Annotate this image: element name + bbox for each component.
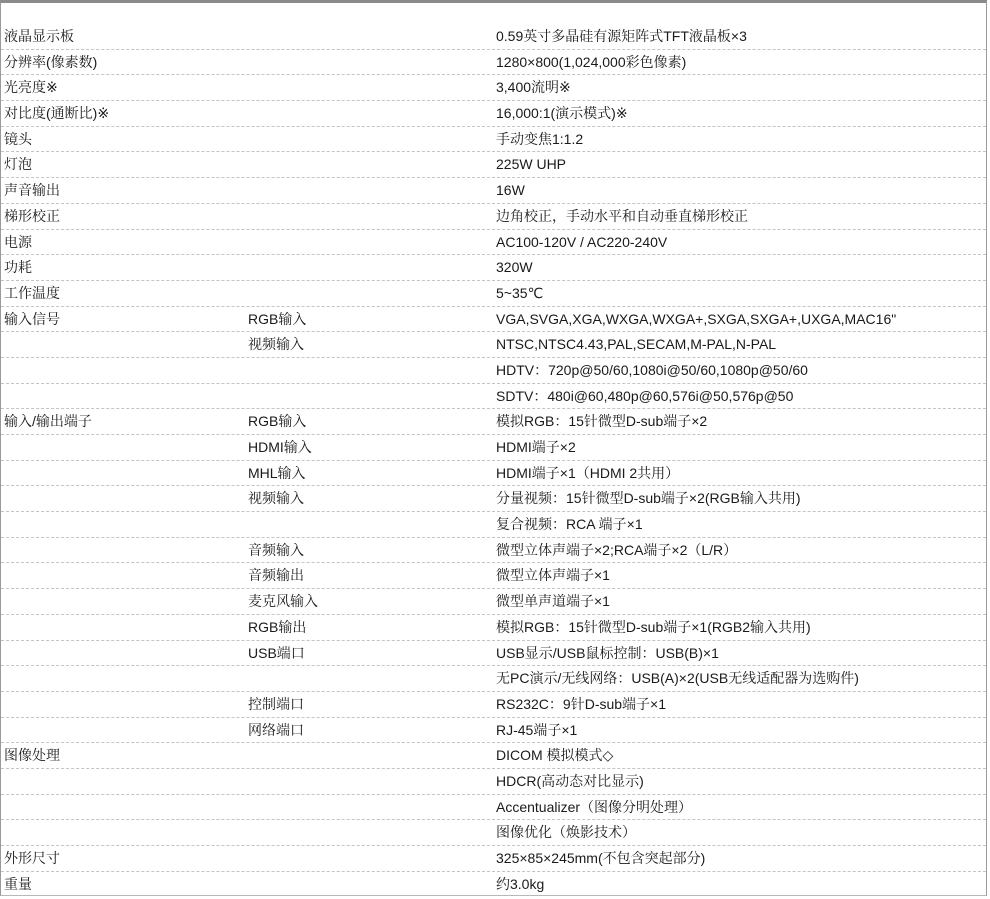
table-row: 输入信号RGB输入VGA,SVGA,XGA,WXGA,WXGA+,SXGA,SX… [1, 307, 986, 333]
row-sublabel: RGB输入 [248, 409, 306, 434]
row-value: 复合视频：RCA 端子×1 [496, 512, 643, 537]
table-row: MHL输入HDMI端子×1（HDMI 2共用） [1, 461, 986, 487]
table-row: 视频输入NTSC,NTSC4.43,PAL,SECAM,M-PAL,N-PAL [1, 332, 986, 358]
table-row: 麦克风输入微型单声道端子×1 [1, 589, 986, 615]
table-row: 灯泡225W UHP [1, 152, 986, 178]
table-row: 无PC演示/无线网络：USB(A)×2(USB无线适配器为选购件) [1, 666, 986, 692]
table-row: USB端口USB显示/USB鼠标控制：USB(B)×1 [1, 641, 986, 667]
row-value: HDTV：720p@50/60,1080i@50/60,1080p@50/60 [496, 358, 808, 383]
row-sublabel: HDMI输入 [248, 435, 312, 460]
table-row: 外形尺寸325×85×245mm(不包含突起部分) [1, 846, 986, 872]
row-label: 梯形校正 [4, 204, 60, 229]
table-row: 功耗320W [1, 255, 986, 281]
row-value: VGA,SVGA,XGA,WXGA,WXGA+,SXGA,SXGA+,UXGA,… [496, 307, 896, 332]
row-label: 外形尺寸 [4, 846, 60, 871]
row-value: 微型立体声端子×1 [496, 563, 610, 588]
row-label: 输入信号 [4, 307, 60, 332]
table-row: HDTV：720p@50/60,1080i@50/60,1080p@50/60 [1, 358, 986, 384]
table-row: 图像处理DICOM 模拟模式◇ [1, 743, 986, 769]
row-value: 325×85×245mm(不包含突起部分) [496, 846, 705, 871]
row-sublabel: 网络端口 [248, 718, 304, 743]
table-row: SDTV：480i@60,480p@60,576i@50,576p@50 [1, 384, 986, 410]
row-sublabel: 视频输入 [248, 486, 304, 511]
table-row: 对比度(通断比)※16,000:1(演示模式)※ [1, 101, 986, 127]
row-value: 0.59英寸多晶硅有源矩阵式TFT液晶板×3 [496, 24, 747, 49]
row-value: 320W [496, 255, 533, 280]
row-label: 功耗 [4, 255, 32, 280]
spec-table: 液晶显示板0.59英寸多晶硅有源矩阵式TFT液晶板×3 分辨率(像素数)1280… [1, 24, 986, 897]
row-value: 16W [496, 178, 525, 203]
row-value: DICOM 模拟模式◇ [496, 743, 613, 768]
row-value: AC100-120V / AC220-240V [496, 230, 667, 255]
table-row: 控制端口RS232C：9针D-sub端子×1 [1, 692, 986, 718]
row-label: 声音输出 [4, 178, 60, 203]
table-row: 梯形校正边角校正，手动水平和自动垂直梯形校正 [1, 204, 986, 230]
row-label: 光亮度※ [4, 75, 58, 100]
row-value: 16,000:1(演示模式)※ [496, 101, 628, 126]
row-value: USB显示/USB鼠标控制：USB(B)×1 [496, 641, 719, 666]
row-value: 手动变焦1:1.2 [496, 127, 583, 152]
table-row: 电源AC100-120V / AC220-240V [1, 230, 986, 256]
row-value: 图像优化（焕影技术） [496, 820, 636, 845]
table-row: 光亮度※3,400流明※ [1, 75, 986, 101]
table-row: HDMI输入HDMI端子×2 [1, 435, 986, 461]
row-value: 约3.0kg [496, 872, 544, 898]
table-row: 分辨率(像素数)1280×800(1,024,000彩色像素) [1, 50, 986, 76]
row-label: 工作温度 [4, 281, 60, 306]
row-label: 镜头 [4, 127, 32, 152]
table-row: 网络端口RJ-45端子×1 [1, 718, 986, 744]
row-label: 液晶显示板 [4, 24, 74, 49]
table-row: 图像优化（焕影技术） [1, 820, 986, 846]
table-row: 音频输入微型立体声端子×2;RCA端子×2（L/R） [1, 538, 986, 564]
row-sublabel: 视频输入 [248, 332, 304, 357]
row-sublabel: RGB输出 [248, 615, 306, 640]
row-value: HDCR(高动态对比显示) [496, 769, 644, 794]
row-value: HDMI端子×1（HDMI 2共用） [496, 461, 679, 486]
row-value: 分量视频：15针微型D-sub端子×2(RGB输入共用) [496, 486, 801, 511]
row-value: SDTV：480i@60,480p@60,576i@50,576p@50 [496, 384, 793, 409]
table-row: 视频输入分量视频：15针微型D-sub端子×2(RGB输入共用) [1, 486, 986, 512]
row-value: 边角校正，手动水平和自动垂直梯形校正 [496, 204, 748, 229]
row-sublabel: USB端口 [248, 641, 305, 666]
row-value: 3,400流明※ [496, 75, 571, 100]
row-label: 电源 [4, 230, 32, 255]
row-sublabel: 音频输出 [248, 563, 304, 588]
row-value: HDMI端子×2 [496, 435, 576, 460]
row-label: 分辨率(像素数) [4, 50, 97, 75]
table-row: 工作温度5~35℃ [1, 281, 986, 307]
row-sublabel: 音频输入 [248, 538, 304, 563]
table-row: 声音输出16W [1, 178, 986, 204]
row-value: 5~35℃ [496, 281, 543, 306]
row-label: 图像处理 [4, 743, 60, 768]
table-row: 音频输出微型立体声端子×1 [1, 563, 986, 589]
row-value: 模拟RGB：15针微型D-sub端子×1(RGB2输入共用) [496, 615, 811, 640]
row-value: 无PC演示/无线网络：USB(A)×2(USB无线适配器为选购件) [496, 666, 859, 691]
row-sublabel: 控制端口 [248, 692, 304, 717]
row-value: 微型单声道端子×1 [496, 589, 610, 614]
row-sublabel: 麦克风输入 [248, 589, 318, 614]
row-sublabel: RGB输入 [248, 307, 306, 332]
row-value: Accentualizer（图像分明处理） [496, 795, 692, 820]
row-value: RJ-45端子×1 [496, 718, 577, 743]
row-value: 225W UHP [496, 152, 566, 177]
row-label: 输入/输出端子 [4, 409, 92, 434]
row-value: RS232C：9针D-sub端子×1 [496, 692, 666, 717]
table-row: RGB输出模拟RGB：15针微型D-sub端子×1(RGB2输入共用) [1, 615, 986, 641]
row-value: 模拟RGB：15针微型D-sub端子×2 [496, 409, 707, 434]
table-row: 镜头手动变焦1:1.2 [1, 127, 986, 153]
row-sublabel: MHL输入 [248, 461, 306, 486]
table-row: 输入/输出端子RGB输入模拟RGB：15针微型D-sub端子×2 [1, 409, 986, 435]
table-row: 复合视频：RCA 端子×1 [1, 512, 986, 538]
row-value: NTSC,NTSC4.43,PAL,SECAM,M-PAL,N-PAL [496, 332, 776, 357]
table-row: 液晶显示板0.59英寸多晶硅有源矩阵式TFT液晶板×3 [1, 24, 986, 50]
row-label: 灯泡 [4, 152, 32, 177]
table-row: HDCR(高动态对比显示) [1, 769, 986, 795]
table-row: Accentualizer（图像分明处理） [1, 795, 986, 821]
row-value: 微型立体声端子×2;RCA端子×2（L/R） [496, 538, 737, 563]
row-label: 重量 [4, 872, 32, 898]
row-value: 1280×800(1,024,000彩色像素) [496, 50, 686, 75]
table-row: 重量约3.0kg [1, 872, 986, 898]
row-label: 对比度(通断比)※ [4, 101, 109, 126]
